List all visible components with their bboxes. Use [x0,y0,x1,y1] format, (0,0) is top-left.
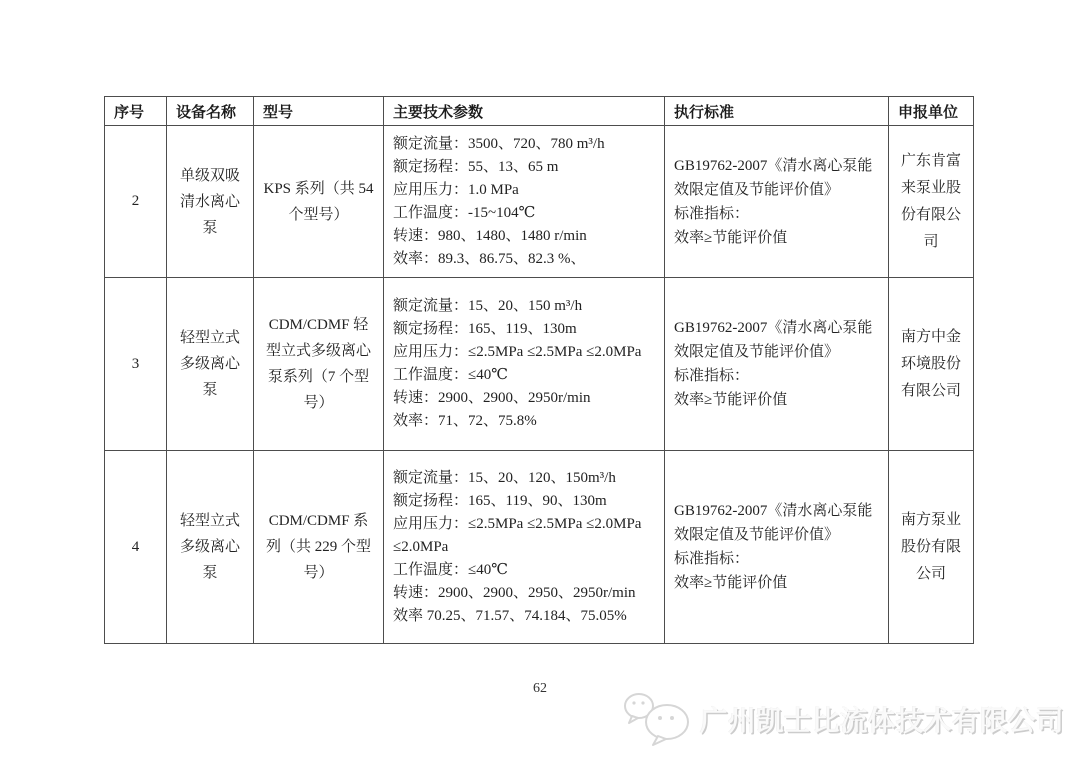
wechat-chat-bubbles-icon [622,690,694,746]
cell-seq: 2 [105,126,167,278]
table-row: 3 轻型立式多级离心泵 CDM/CDMF 轻型立式多级离心泵系列（7 个型号） … [105,278,974,451]
cell-standard: GB19762-2007《清水离心泵能效限定值及节能评价值》 标准指标： 效率≥… [665,451,889,644]
parameter-line: 工作温度：≤40℃ [393,364,658,387]
standard-line: 标准指标： [674,364,880,388]
cell-parameters: 额定流量：15、20、150 m³/h 额定扬程：165、119、130m 应用… [384,278,665,451]
standard-line: 效率≥节能评价值 [674,571,880,595]
watermark: 广州凯士比流体技术有限公司 [622,690,1064,746]
parameter-line: 额定流量：15、20、120、150m³/h [393,467,658,490]
page-number: 62 [533,681,547,697]
col-header-model: 型号 [254,97,384,126]
cell-applicant: 南方泵业股份有限公司 [889,451,974,644]
cell-device-name: 单级双吸清水离心泵 [167,126,254,278]
cell-model: CDM/CDMF 轻型立式多级离心泵系列（7 个型号） [254,278,384,451]
parameter-line: 效率：71、72、75.8% [393,410,658,433]
cell-seq: 3 [105,278,167,451]
parameter-line: 应用压力：≤2.5MPa ≤2.5MPa ≤2.0MPa ≤2.0MPa [393,513,658,559]
col-header-standard: 执行标准 [665,97,889,126]
parameter-line: 效率 70.25、71.57、74.184、75.05% [393,605,658,628]
parameter-line: 额定扬程：55、13、65 m [393,156,658,179]
table-row: 2 单级双吸清水离心泵 KPS 系列（共 54 个型号） 额定流量：3500、7… [105,126,974,278]
cell-parameters: 额定流量：15、20、120、150m³/h 额定扬程：165、119、90、1… [384,451,665,644]
standard-line: GB19762-2007《清水离心泵能效限定值及节能评价值》 [674,499,880,547]
watermark-company: 广州凯士比流体技术有限公司 [700,698,1064,738]
standard-line: 效率≥节能评价值 [674,388,880,412]
cell-applicant: 广东肯富来泵业股份有限公司 [889,126,974,278]
parameter-line: 应用压力：≤2.5MPa ≤2.5MPa ≤2.0MPa [393,341,658,364]
equipment-table: 序号 设备名称 型号 主要技术参数 执行标准 申报单位 2 单级双吸清水离心泵 … [104,96,974,644]
cell-standard: GB19762-2007《清水离心泵能效限定值及节能评价值》 标准指标： 效率≥… [665,278,889,451]
col-header-parameters: 主要技术参数 [384,97,665,126]
cell-device-name: 轻型立式多级离心泵 [167,278,254,451]
parameter-line: 额定扬程：165、119、130m [393,318,658,341]
standard-line: GB19762-2007《清水离心泵能效限定值及节能评价值》 [674,154,880,202]
cell-model: KPS 系列（共 54 个型号） [254,126,384,278]
col-header-device-name: 设备名称 [167,97,254,126]
standard-line: 标准指标： [674,547,880,571]
parameter-line: 转速：2900、2900、2950r/min [393,387,658,410]
table-row: 4 轻型立式多级离心泵 CDM/CDMF 系列（共 229 个型号） 额定流量：… [105,451,974,644]
parameter-line: 应用压力：1.0 MPa [393,179,658,202]
cell-seq: 4 [105,451,167,644]
cell-applicant: 南方中金环境股份有限公司 [889,278,974,451]
cell-device-name: 轻型立式多级离心泵 [167,451,254,644]
cell-parameters: 额定流量：3500、720、780 m³/h 额定扬程：55、13、65 m 应… [384,126,665,278]
standard-line: 标准指标： [674,202,880,226]
table-header-row: 序号 设备名称 型号 主要技术参数 执行标准 申报单位 [105,97,974,126]
standard-line: GB19762-2007《清水离心泵能效限定值及节能评价值》 [674,316,880,364]
parameter-line: 额定流量：15、20、150 m³/h [393,295,658,318]
parameter-line: 额定扬程：165、119、90、130m [393,490,658,513]
parameter-line: 工作温度：-15~104℃ [393,202,658,225]
cell-standard: GB19762-2007《清水离心泵能效限定值及节能评价值》 标准指标： 效率≥… [665,126,889,278]
cell-model: CDM/CDMF 系列（共 229 个型号） [254,451,384,644]
parameter-line: 效率：89.3、86.75、82.3 %、 [393,248,658,271]
parameter-line: 转速：980、1480、1480 r/min [393,225,658,248]
standard-line: 效率≥节能评价值 [674,226,880,250]
parameter-line: 转速：2900、2900、2950、2950r/min [393,582,658,605]
col-header-seq: 序号 [105,97,167,126]
parameter-line: 额定流量：3500、720、780 m³/h [393,133,658,156]
parameter-line: 工作温度：≤40℃ [393,559,658,582]
col-header-applicant: 申报单位 [889,97,974,126]
